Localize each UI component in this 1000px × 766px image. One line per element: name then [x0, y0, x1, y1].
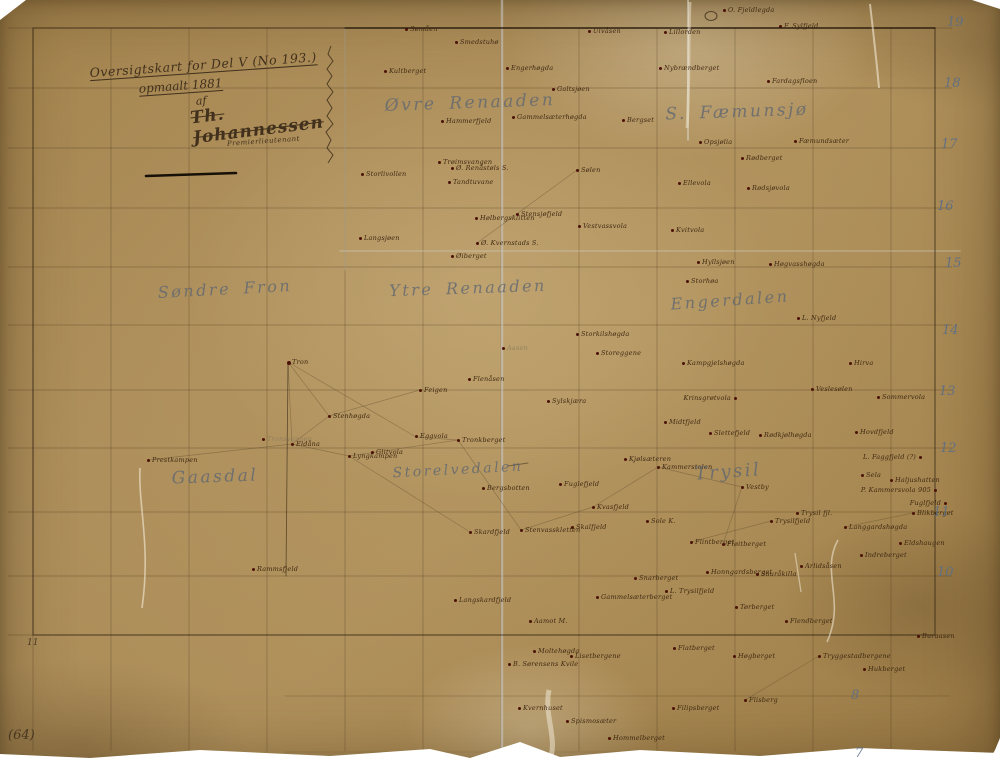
map-point	[147, 459, 150, 462]
map-point	[844, 526, 847, 529]
map-point	[371, 451, 374, 454]
map-point-label: Filipsberget	[677, 705, 719, 712]
map-point	[665, 590, 668, 593]
map-point-label: Langsjøen	[364, 235, 400, 242]
map-point-label: Hyllsjøen	[702, 259, 735, 266]
map-point-label: Rammsfjeld	[257, 566, 298, 573]
map-point	[849, 362, 852, 365]
map-point-label: Tronsvangen	[267, 436, 312, 443]
map-point-label: Tørberget	[740, 604, 774, 611]
map-point-label: Flendberget	[790, 618, 833, 625]
map-point	[678, 182, 681, 185]
map-point-label: O. Fjeldlegda	[728, 7, 774, 14]
map-point-label: Kvitvola	[676, 227, 704, 234]
sheet-number: 15	[945, 256, 962, 271]
map-point-label: Lillorden	[669, 29, 701, 36]
map-point-label: Sommervola	[882, 394, 925, 401]
map-point	[741, 486, 744, 489]
map-point-label: Bergsbotten	[487, 485, 530, 492]
sheet-number: 11	[27, 638, 38, 648]
map-point-label: L. Nyfjeld	[802, 315, 836, 322]
map-point	[348, 455, 351, 458]
map-point-label: Bergset	[627, 117, 654, 124]
map-point	[934, 489, 937, 492]
map-point	[384, 70, 387, 73]
map-point	[482, 487, 485, 490]
map-point-label: Ø. Kvernstads S.	[481, 240, 539, 247]
map-point	[512, 116, 515, 119]
map-point	[794, 140, 797, 143]
map-point	[917, 635, 920, 638]
map-point	[759, 434, 762, 437]
map-point	[860, 554, 863, 557]
map-point	[671, 229, 674, 232]
map-point-label: Veslesølen	[816, 386, 853, 393]
region-label: Gaasdal	[171, 465, 258, 488]
map-point	[328, 415, 331, 418]
map-point-label: Midtfjeld	[669, 419, 701, 426]
map-point	[533, 650, 536, 653]
map-point-label: Storhøa	[691, 278, 718, 285]
map-point	[657, 466, 660, 469]
map-point-label: Fæmundsæter	[799, 138, 849, 145]
map-point-label: Ellevola	[683, 180, 711, 187]
map-point-label: F. Sylfjeld	[784, 23, 819, 30]
map-point	[518, 707, 521, 710]
map-point	[252, 568, 255, 571]
map-point-label: Sauråkilla	[761, 571, 797, 578]
map-point	[438, 161, 441, 164]
map-point-label: Spismosæter	[571, 718, 616, 725]
map-point	[699, 141, 702, 144]
map-point	[800, 565, 803, 568]
map-point-label: Opsjølia	[704, 139, 732, 146]
map-point-label: Stenhøgda	[333, 413, 370, 420]
map-point	[451, 255, 454, 258]
map-point	[451, 167, 454, 170]
map-point-label: Kvasfjeld	[597, 504, 629, 511]
map-point	[779, 25, 782, 28]
map-point	[566, 720, 569, 723]
map-point	[622, 119, 625, 122]
map-point-label: Tandtuvane	[453, 179, 493, 186]
map-point	[559, 483, 562, 486]
map-point	[359, 237, 362, 240]
map-point-label: Hukberget	[868, 666, 905, 673]
map-point	[756, 573, 759, 576]
map-point	[733, 655, 736, 658]
map-point	[785, 620, 788, 623]
map-point-label: Ø. Renåstøls S.	[456, 165, 509, 172]
map-point-label: Fløitberget	[727, 541, 766, 548]
map-point-label: Sølen	[581, 167, 600, 174]
map-point-label: Aasen	[507, 345, 528, 352]
map-point-label: Storkilshøgda	[581, 331, 629, 338]
map-point	[672, 707, 675, 710]
map-point-label: Langgardshøgda	[849, 524, 907, 531]
map-point-label: Rødberget	[746, 155, 783, 162]
map-point-label: Storeggene	[601, 350, 641, 357]
map-point-label: Buraasen	[922, 633, 955, 640]
map-point	[624, 458, 627, 461]
map-point	[634, 577, 637, 580]
map-point	[588, 30, 591, 33]
map-point	[448, 181, 451, 184]
map-point-label: Høgberget	[738, 653, 775, 660]
map-point	[769, 263, 772, 266]
map-point	[664, 31, 667, 34]
map-point	[690, 541, 693, 544]
map-point-label: Flisberg	[749, 697, 778, 704]
map-point-label: Sole K.	[651, 518, 676, 525]
map-point-label: Øiberget	[456, 253, 487, 260]
sheet-number: 19	[947, 15, 964, 30]
map-point	[682, 362, 685, 365]
map-point	[709, 432, 712, 435]
map-point	[455, 41, 458, 44]
sheet-number: 10	[937, 565, 954, 580]
map-point-label: Trysilfjeld	[775, 518, 810, 525]
map-point-label: Kvernhuset	[523, 705, 563, 712]
map-point	[818, 655, 821, 658]
map-point-label: Smedstuhø	[460, 39, 499, 46]
map-point	[767, 80, 770, 83]
map-point	[457, 439, 460, 442]
map-point-label: Nybrændberget	[664, 65, 719, 72]
map-point	[596, 352, 599, 355]
map-point-label: Stensjøfjeld	[521, 211, 562, 218]
map-point-label: Prestkampen	[152, 457, 198, 464]
sheet-number: 13	[939, 384, 956, 399]
map-point-label: Eldshaugen	[904, 540, 945, 547]
map-point	[734, 397, 737, 400]
map-point	[723, 9, 726, 12]
map-point-label: Aamot M.	[534, 618, 568, 625]
map-point	[770, 520, 773, 523]
map-title-block: Oversigtskart for Del V (No 193.) opmaal…	[89, 47, 355, 157]
map-point-label: Gammelsæterberget	[601, 594, 672, 601]
map-point	[576, 333, 579, 336]
map-point-label: L. Faggfjeld (?)	[863, 454, 916, 461]
map-point-label: L. Trysilfjeld	[670, 588, 714, 595]
map-point-label: Storlivollen	[366, 171, 406, 178]
map-point	[608, 737, 611, 740]
map-point	[576, 169, 579, 172]
map-point	[287, 361, 291, 365]
map-point	[863, 668, 866, 671]
map-point	[890, 479, 893, 482]
map-point	[506, 67, 509, 70]
map-point-label: Hommelberget	[613, 735, 665, 742]
map-point	[899, 542, 902, 545]
sheet-number: 8	[851, 688, 859, 703]
map-point	[664, 421, 667, 424]
map-point	[508, 663, 511, 666]
sheet-number: 17	[941, 137, 958, 152]
map-point-label: Fardagsfloen	[772, 78, 817, 85]
map-point	[476, 242, 479, 245]
map-point	[919, 456, 922, 459]
map-point	[547, 400, 550, 403]
map-point	[686, 280, 689, 283]
map-point-label: Skardfjeld	[474, 529, 510, 536]
map-point-label: Skalfjeld	[576, 524, 607, 531]
map-point	[262, 438, 265, 441]
map-point-label: Slettefjeld	[714, 430, 750, 437]
sheet-number: 14	[942, 323, 959, 338]
map-point-label: Tronkberget	[462, 437, 505, 444]
map-point	[912, 512, 915, 515]
map-point	[469, 531, 472, 534]
map-point	[722, 543, 725, 546]
map-point-label: Engerhøgda	[511, 65, 553, 72]
map-point-label: Glitvola	[376, 449, 403, 456]
map-point	[659, 67, 662, 70]
map-point-label: Lisetbergene	[575, 653, 621, 660]
sheet-number: (64)	[8, 728, 35, 743]
map-point	[468, 378, 471, 381]
map-point-label: Trysil fjl.	[801, 510, 832, 517]
map-point-label: Sylskjæra	[552, 398, 586, 405]
map-point-label: Krinsgrøtvola	[684, 395, 732, 402]
map-point	[697, 261, 700, 264]
map-point	[797, 317, 800, 320]
map-point-label: Galtsjøen	[557, 86, 590, 93]
map-point	[419, 389, 422, 392]
map-point	[516, 213, 519, 216]
map-point-label: Kampgjelshøgda	[687, 360, 745, 367]
map-point-label: Ulvåsen	[593, 28, 621, 35]
map-point-label: Langskardfjeld	[459, 597, 511, 604]
map-point	[502, 347, 505, 350]
map-point-label: Gammelsæterhøgda	[517, 114, 587, 121]
map-point	[646, 520, 649, 523]
map-point	[454, 599, 457, 602]
map-point	[747, 187, 750, 190]
map-point	[596, 596, 599, 599]
map-point	[475, 217, 478, 220]
map-point	[415, 435, 418, 438]
map-point	[744, 699, 747, 702]
map-point-label: Fuglefjeld	[564, 481, 599, 488]
map-point-label: Flenåsen	[473, 376, 504, 383]
sheet-number: 18	[944, 76, 961, 91]
map-point	[855, 431, 858, 434]
map-point-label: Vestby	[746, 484, 769, 491]
map-point	[877, 396, 880, 399]
map-point	[441, 120, 444, 123]
map-point-label: Feigen	[424, 387, 447, 394]
map-point-label: Hirva	[854, 360, 873, 367]
map-point	[673, 647, 676, 650]
map-point-label: B. Sørensens Kvile	[513, 661, 578, 668]
map-point-label: Snarberget	[639, 575, 678, 582]
map-point	[811, 388, 814, 391]
sheet-number: 16	[937, 199, 954, 214]
map-point-label: Tron	[292, 359, 308, 366]
map-point	[735, 606, 738, 609]
map-point	[529, 620, 532, 623]
map-point	[361, 173, 364, 176]
map-point-label: Flatberget	[678, 645, 715, 652]
map-point	[706, 571, 709, 574]
map-point	[741, 157, 744, 160]
sheet-number: 12	[940, 441, 957, 456]
map-point-label: Eggvola	[420, 433, 448, 440]
map-point	[861, 474, 864, 477]
map-point-label: Hammerfjeld	[446, 118, 492, 125]
sheet-number: 11	[933, 505, 950, 520]
map-point	[592, 506, 595, 509]
map-point	[796, 512, 799, 515]
map-point-label: Sømåen	[410, 26, 438, 33]
map-point	[571, 526, 574, 529]
map-point-label: Høgvasshøgda	[774, 261, 825, 268]
map-point	[578, 225, 581, 228]
map-point-label: Hovdfjeld	[860, 429, 894, 436]
map-point	[570, 655, 573, 658]
map-point-label: Kjølsæteren	[629, 456, 671, 463]
map-point	[405, 28, 408, 31]
sheet-number: 7	[855, 746, 863, 761]
map-point-label: Rødsjøvola	[752, 185, 790, 192]
map-point	[520, 529, 523, 532]
map-point-label: P. Kammersvola 905	[861, 487, 931, 494]
map-point-label: Rødkjølhøgda	[764, 432, 812, 439]
map-point-label: Indreberget	[865, 552, 907, 559]
map-point-label: Moltehøgda	[538, 648, 579, 655]
map-point-label: Arlidsåsen	[805, 563, 842, 570]
map-point-label: Kultberget	[389, 68, 426, 75]
map-point-label: Tryggestadbergene	[823, 653, 891, 660]
map-point-label: Haljushatten	[895, 477, 940, 484]
map-point-label: Sela	[866, 472, 881, 479]
map-point-label: Vestvassvola	[583, 223, 627, 230]
map-canvas: Oversigtskart for Del V (No 193.) opmaal…	[0, 0, 1000, 766]
